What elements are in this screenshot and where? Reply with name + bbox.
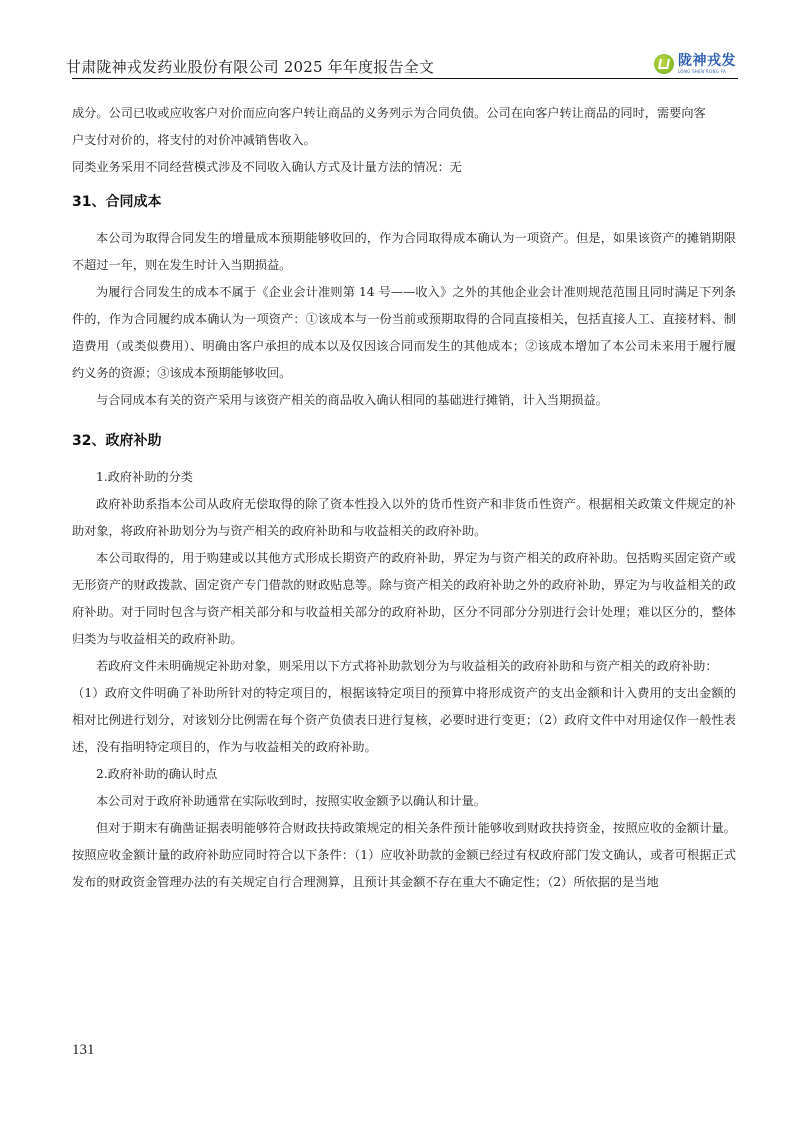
company-logo-icon (654, 54, 674, 74)
report-title: 甘肃陇神戎发药业股份有限公司 2025 年年度报告全文 (66, 56, 434, 77)
section-31-paragraph: 为履行合同发生的成本不属于《企业会计准则第 14 号——收入》之外的其他企业会计… (72, 279, 736, 387)
section-heading-32: 32、政府补助 (72, 430, 736, 450)
section-32-paragraph: 本公司取得的，用于购建或以其他方式形成长期资产的政府补助，界定为与资产相关的政府… (72, 545, 736, 653)
intro-paragraph-line: 户支付对价的，将支付的对价冲减销售收入。 (72, 127, 736, 154)
intro-paragraph: 同类业务采用不同经营模式涉及不同收入确认方式及计量方法的情况：无 (72, 154, 736, 181)
subsection-title: 2.政府补助的确认时点 (72, 761, 736, 788)
logo-name-cn: 陇神戎发 (678, 54, 736, 68)
section-32-paragraph: 政府补助系指本公司从政府无偿取得的除了资本性投入以外的货币性资产和非货币性资产。… (72, 491, 736, 545)
company-logo: 陇神戎发 LONG SHEN RONG FA (654, 52, 736, 76)
section-31-paragraph: 与合同成本有关的资产采用与该资产相关的商品收入确认相同的基础进行摊销，计入当期损… (72, 387, 736, 414)
section-32-paragraph: 但对于期末有确凿证据表明能够符合财政扶持政策规定的相关条件预计能够收到财政扶持资… (72, 815, 736, 896)
subsection-title: 1.政府补助的分类 (72, 464, 736, 491)
section-32-paragraph: （1）政府文件明确了补助所针对的特定项目的，根据该特定项目的预算中将形成资产的支… (72, 680, 736, 761)
logo-name-en: LONG SHEN RONG FA (678, 70, 736, 74)
intro-paragraph-line: 成分。公司已收或应收客户对价而应向客户转让商品的义务列示为合同负债。公司在向客户… (72, 100, 736, 127)
header-divider (72, 78, 738, 79)
section-32-paragraph: 若政府文件未明确规定补助对象，则采用以下方式将补助款划分为与收益相关的政府补助和… (72, 653, 736, 680)
page-header: 甘肃陇神戎发药业股份有限公司 2025 年年度报告全文 陇神戎发 LONG SH… (66, 50, 740, 78)
section-heading-31: 31、合同成本 (72, 191, 736, 211)
section-31-paragraph: 本公司为取得合同发生的增量成本预期能够收回的，作为合同取得成本确认为一项资产。但… (72, 225, 736, 279)
logo-wordmark: 陇神戎发 LONG SHEN RONG FA (678, 54, 736, 74)
section-32-paragraph: 本公司对于政府补助通常在实际收到时，按照实收金额予以确认和计量。 (72, 788, 736, 815)
page-number: 131 (72, 1042, 95, 1059)
document-body: 成分。公司已收或应收客户对价而应向客户转让商品的义务列示为合同负债。公司在向客户… (72, 100, 736, 896)
